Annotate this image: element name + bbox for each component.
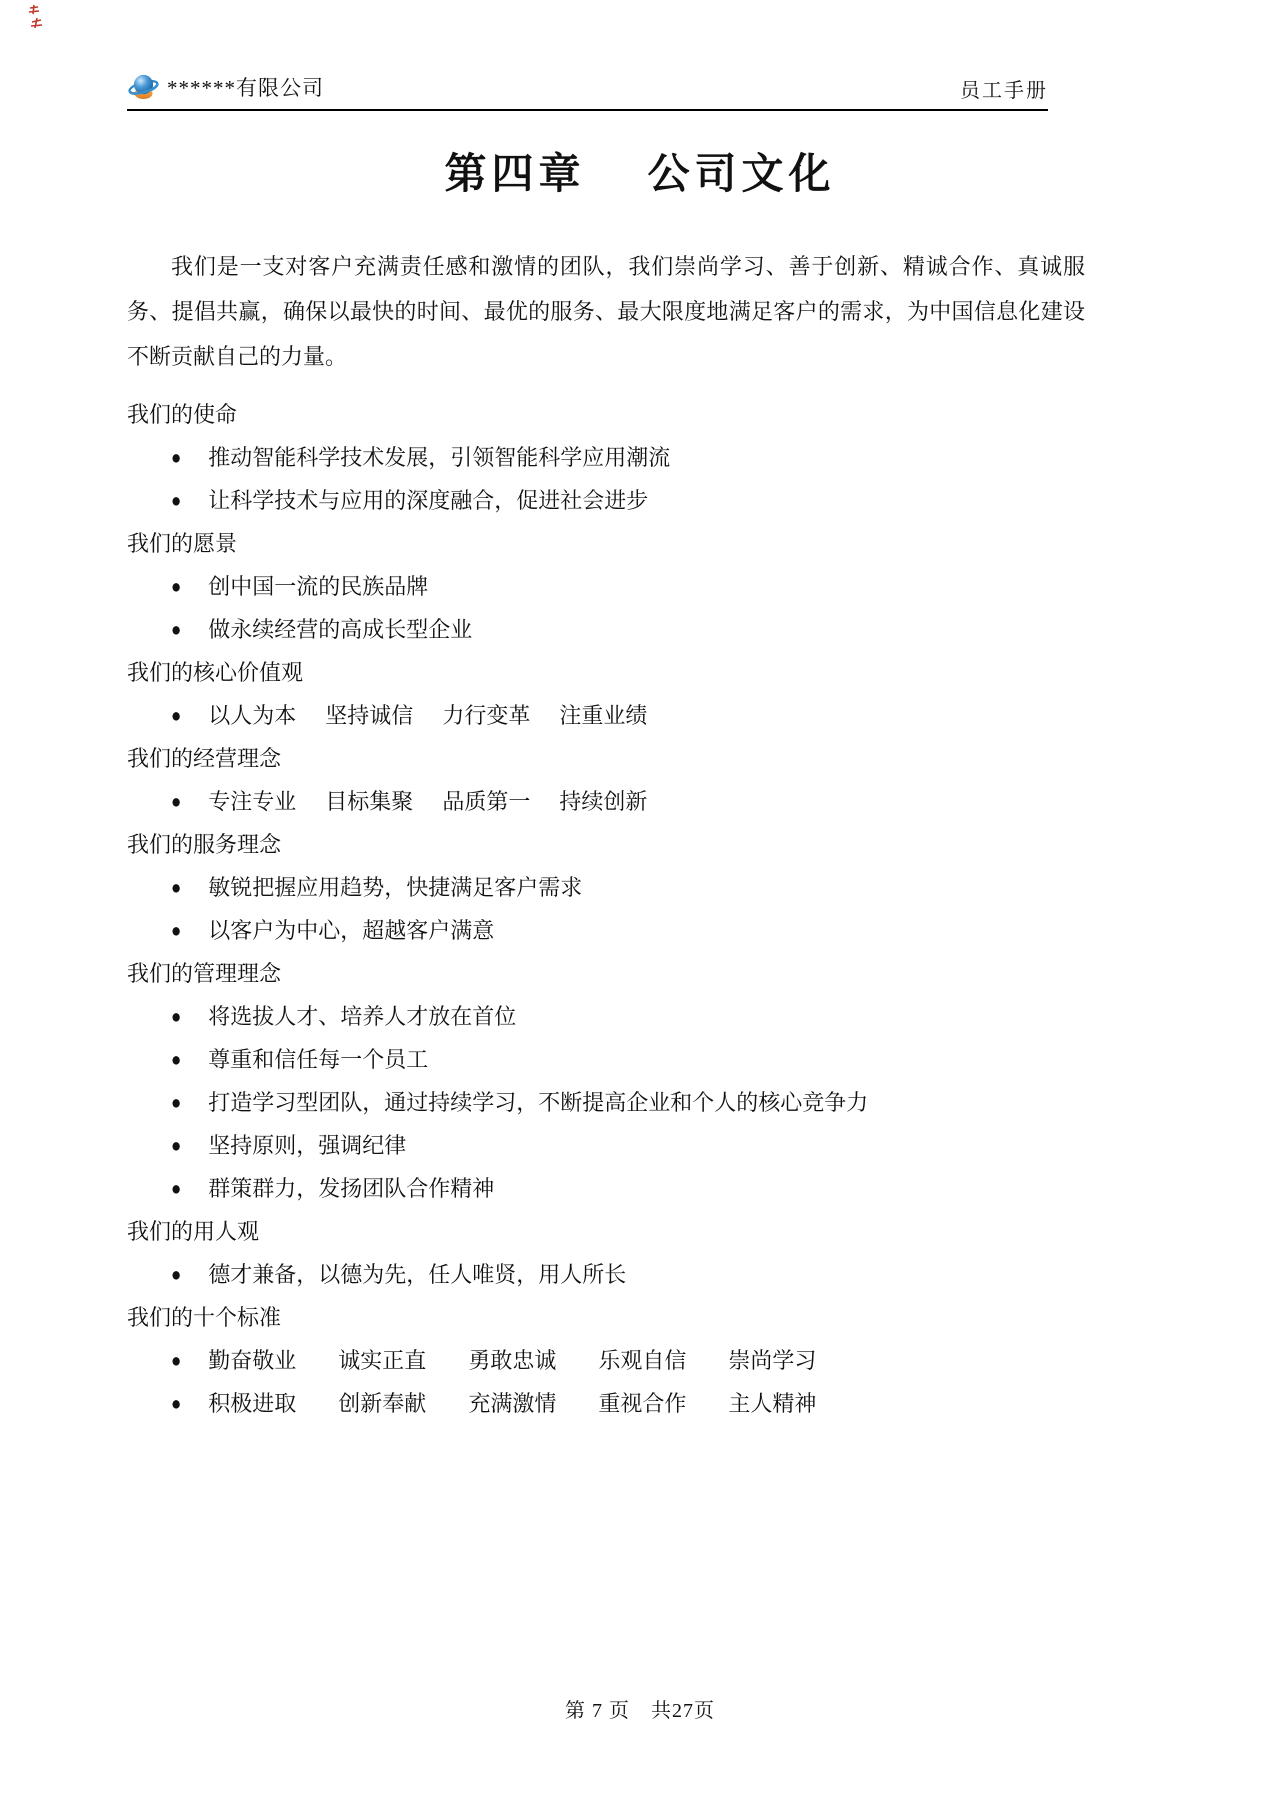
bullet-dot-icon: ● [171, 1265, 181, 1285]
bullet-dot-icon: ● [171, 448, 181, 468]
intro-paragraph: 我们是一支对客户充满责任感和激情的团队，我们崇尚学习、善于创新、精诚合作、真诚服… [127, 244, 1085, 379]
bullet-dot-icon: ● [171, 921, 181, 941]
bullet-dot-icon: ● [171, 706, 181, 726]
bullet-item: ●群策群力，发扬团队合作精神 [127, 1167, 1085, 1210]
bullet-item: ●创中国一流的民族品牌 [127, 565, 1085, 608]
bullet-text: 坚持原则，强调纪律 [208, 1124, 1085, 1167]
bullet-col-item: 重视合作 [598, 1382, 686, 1425]
bullet-col-item: 以人为本 [208, 694, 296, 737]
bullet-col-item: 积极进取 [208, 1382, 296, 1425]
bullet-dot-icon: ● [171, 577, 181, 597]
bullet-col-item: 专注专业 [208, 780, 296, 823]
bullet-text: 做永续经营的高成长型企业 [208, 608, 1085, 651]
company-logo-icon [127, 70, 160, 103]
chapter-name: 公司文化 [648, 152, 836, 198]
bullet-item: ●德才兼备，以德为先，任人唯贤，用人所长 [127, 1253, 1085, 1296]
bullet-col-item: 勇敢忠诚 [468, 1339, 556, 1382]
bullet-dot-icon: ● [171, 1394, 181, 1414]
bullet-col-item: 创新奉献 [338, 1382, 426, 1425]
bullet-text: 推动智能科学技术发展，引领智能科学应用潮流 [208, 436, 1085, 479]
bullet-text: 以人为本坚持诚信力行变革注重业绩 [208, 694, 1085, 737]
header-company: ******有限公司 [127, 70, 324, 103]
section-heading: 我们的核心价值观 [127, 651, 1085, 694]
section-heading: 我们的愿景 [127, 522, 1085, 565]
bullet-col-item: 勤奋敬业 [208, 1339, 296, 1382]
bullet-item: ●做永续经营的高成长型企业 [127, 608, 1085, 651]
bullet-text: 勤奋敬业诚实正直勇敢忠诚乐观自信崇尚学习 [208, 1339, 1085, 1382]
bullet-text: 专注专业目标集聚品质第一持续创新 [208, 780, 1085, 823]
bullet-dot-icon: ● [171, 878, 181, 898]
bullet-dot-icon: ● [171, 620, 181, 640]
page-body: 我们是一支对客户充满责任感和激情的团队，我们崇尚学习、善于创新、精诚合作、真诚服… [127, 244, 1085, 1425]
bullet-item: ●让科学技术与应用的深度融合，促进社会进步 [127, 479, 1085, 522]
bullet-text: 德才兼备，以德为先，任人唯贤，用人所长 [208, 1253, 1085, 1296]
bullet-text: 群策群力，发扬团队合作精神 [208, 1167, 1085, 1210]
bullet-text: 让科学技术与应用的深度融合，促进社会进步 [208, 479, 1085, 522]
bullet-col-item: 目标集聚 [325, 780, 413, 823]
bullet-text: 打造学习型团队，通过持续学习，不断提高企业和个人的核心竞争力 [208, 1081, 1085, 1124]
chapter-title: 第四章公司文化 [0, 141, 1280, 201]
section-heading: 我们的经营理念 [127, 737, 1085, 780]
page-header: ******有限公司 员工手册 [127, 70, 1048, 111]
bullet-item: ●坚持原则，强调纪律 [127, 1124, 1085, 1167]
bullet-col-item: 坚持诚信 [325, 694, 413, 737]
section-heading: 我们的用人观 [127, 1210, 1085, 1253]
bullet-item: ●专注专业目标集聚品质第一持续创新 [127, 780, 1085, 823]
bullet-dot-icon: ● [171, 1007, 181, 1027]
bullet-dot-icon: ● [171, 1351, 181, 1371]
bullet-text: 创中国一流的民族品牌 [208, 565, 1085, 608]
bullet-text: 将选拔人才、培养人才放在首位 [208, 995, 1085, 1038]
bullet-item: ●以客户为中心，超越客户满意 [127, 909, 1085, 952]
bullet-item: ●打造学习型团队，通过持续学习，不断提高企业和个人的核心竞争力 [127, 1081, 1085, 1124]
bullet-col-item: 品质第一 [442, 780, 530, 823]
bullet-col-item: 主人精神 [728, 1382, 816, 1425]
bullet-item: ●敏锐把握应用趋势，快捷满足客户需求 [127, 866, 1085, 909]
bullet-item: ●勤奋敬业诚实正直勇敢忠诚乐观自信崇尚学习 [127, 1339, 1085, 1382]
bullet-text: 积极进取创新奉献充满激情重视合作主人精神 [208, 1382, 1085, 1425]
page-footer: 第 7 页 共27页 [0, 1694, 1280, 1723]
bullet-col-item: 崇尚学习 [728, 1339, 816, 1382]
bullet-dot-icon: ● [171, 1179, 181, 1199]
section-heading: 我们的服务理念 [127, 823, 1085, 866]
bullet-col-item: 充满激情 [468, 1382, 556, 1425]
bullet-col-item: 持续创新 [559, 780, 647, 823]
bullet-dot-icon: ● [171, 792, 181, 812]
bullet-item: ●尊重和信任每一个员工 [127, 1038, 1085, 1081]
bullet-col-item: 注重业绩 [559, 694, 647, 737]
bullet-text: 尊重和信任每一个员工 [208, 1038, 1085, 1081]
bullet-col-item: 力行变革 [442, 694, 530, 737]
section-heading: 我们的十个标准 [127, 1296, 1085, 1339]
bullet-col-item: 诚实正直 [338, 1339, 426, 1382]
doc-title: 员工手册 [960, 74, 1048, 103]
chapter-number: 第四章 [444, 152, 585, 198]
bullet-item: ●积极进取创新奉献充满激情重视合作主人精神 [127, 1382, 1085, 1425]
bullet-dot-icon: ● [171, 1050, 181, 1070]
document-page: ******有限公司 员工手册 第四章公司文化 我们是一支对客户充满责任感和激情… [0, 0, 1280, 1810]
bullet-text: 以客户为中心，超越客户满意 [208, 909, 1085, 952]
company-name: ******有限公司 [167, 72, 324, 102]
bullet-dot-icon: ● [171, 491, 181, 511]
section-heading: 我们的管理理念 [127, 952, 1085, 995]
red-corner-marks [26, 4, 60, 36]
culture-sections: 我们的使命●推动智能科学技术发展，引领智能科学应用潮流●让科学技术与应用的深度融… [127, 393, 1085, 1425]
bullet-dot-icon: ● [171, 1093, 181, 1113]
section-heading: 我们的使命 [127, 393, 1085, 436]
bullet-item: ●将选拔人才、培养人才放在首位 [127, 995, 1085, 1038]
bullet-col-item: 乐观自信 [598, 1339, 686, 1382]
bullet-item: ●以人为本坚持诚信力行变革注重业绩 [127, 694, 1085, 737]
bullet-dot-icon: ● [171, 1136, 181, 1156]
bullet-item: ●推动智能科学技术发展，引领智能科学应用潮流 [127, 436, 1085, 479]
bullet-text: 敏锐把握应用趋势，快捷满足客户需求 [208, 866, 1085, 909]
